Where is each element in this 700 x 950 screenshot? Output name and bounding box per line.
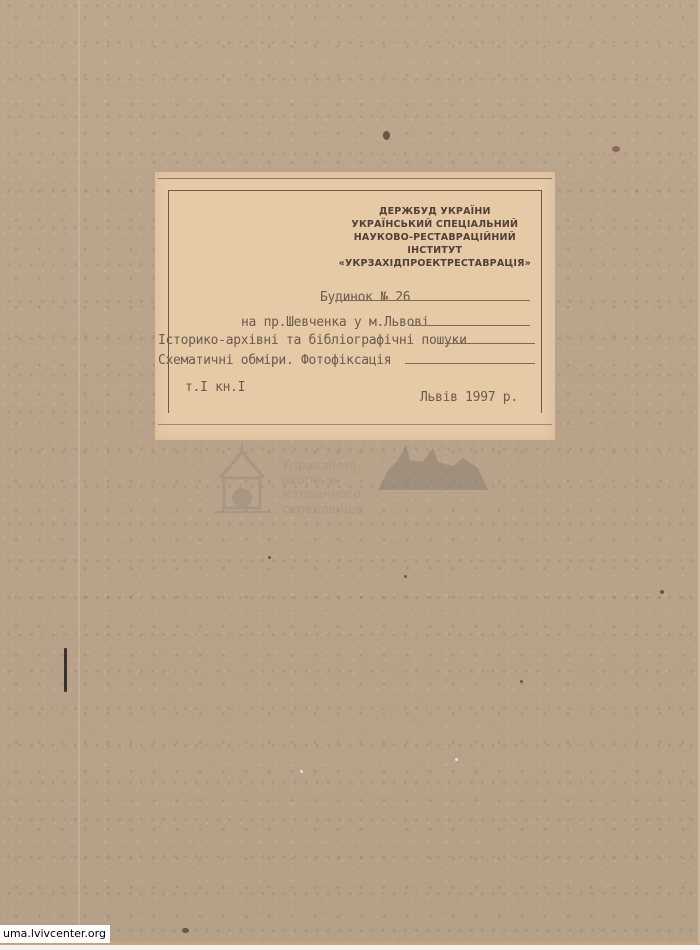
building-number: Будинок № 26 bbox=[320, 290, 410, 305]
spine-fold bbox=[78, 0, 80, 942]
watermark-text: Управління охорони історичного середовищ… bbox=[282, 458, 363, 516]
archive-watermark: Управління охорони історичного середовищ… bbox=[210, 440, 510, 530]
watermark-line: охорони bbox=[282, 473, 363, 488]
fill-line bbox=[405, 363, 535, 364]
speck bbox=[520, 680, 523, 683]
address: на пр.Шевченка у м.Львові bbox=[241, 315, 429, 330]
watermark-line: історичного bbox=[282, 487, 363, 502]
folder-cover: ДЕРЖБУД УКРАЇНИ УКРАЇНСЬКИЙ СПЕЦІАЛЬНИЙ … bbox=[0, 0, 700, 945]
speck bbox=[268, 556, 271, 559]
city-skyline-icon bbox=[378, 440, 488, 500]
speck bbox=[300, 770, 303, 773]
speck bbox=[455, 758, 458, 761]
source-credit: uma.lvivcenter.org bbox=[0, 925, 110, 943]
speck bbox=[383, 131, 390, 140]
work-description-2: Схематичні обміри. Фотофіксація bbox=[158, 353, 391, 368]
fill-line bbox=[335, 300, 530, 301]
speck bbox=[660, 590, 664, 594]
org-line: НАУКОВО-РЕСТАВРАЦІЙНИЙ bbox=[339, 231, 531, 244]
watermark-line: середовища bbox=[282, 502, 363, 517]
org-line: УКРАЇНСЬКИЙ СПЕЦІАЛЬНИЙ bbox=[339, 218, 531, 231]
chapel-logo-icon bbox=[210, 440, 275, 520]
org-line: ІНСТИТУТ bbox=[339, 244, 531, 257]
work-description-1: Історико-архівні та бібліографічні пошук… bbox=[158, 333, 467, 348]
speck bbox=[404, 575, 407, 578]
staple bbox=[64, 648, 67, 692]
volume-book: т.І кн.І bbox=[185, 380, 245, 395]
label-border-line bbox=[158, 424, 552, 425]
title-label: ДЕРЖБУД УКРАЇНИ УКРАЇНСЬКИЙ СПЕЦІАЛЬНИЙ … bbox=[155, 172, 555, 440]
fill-line bbox=[410, 325, 530, 326]
organization-header: ДЕРЖБУД УКРАЇНИ УКРАЇНСЬКИЙ СПЕЦІАЛЬНИЙ … bbox=[339, 205, 531, 270]
label-border-line bbox=[158, 178, 552, 179]
fill-line bbox=[445, 343, 535, 344]
org-line: «УКРЗАХІДПРОЕКТРЕСТАВРАЦІЯ» bbox=[339, 257, 531, 270]
place-year: Львів 1997 р. bbox=[420, 390, 518, 405]
speck bbox=[182, 928, 189, 933]
org-line: ДЕРЖБУД УКРАЇНИ bbox=[339, 205, 531, 218]
speck bbox=[612, 146, 620, 152]
watermark-line: Управління bbox=[282, 458, 363, 473]
